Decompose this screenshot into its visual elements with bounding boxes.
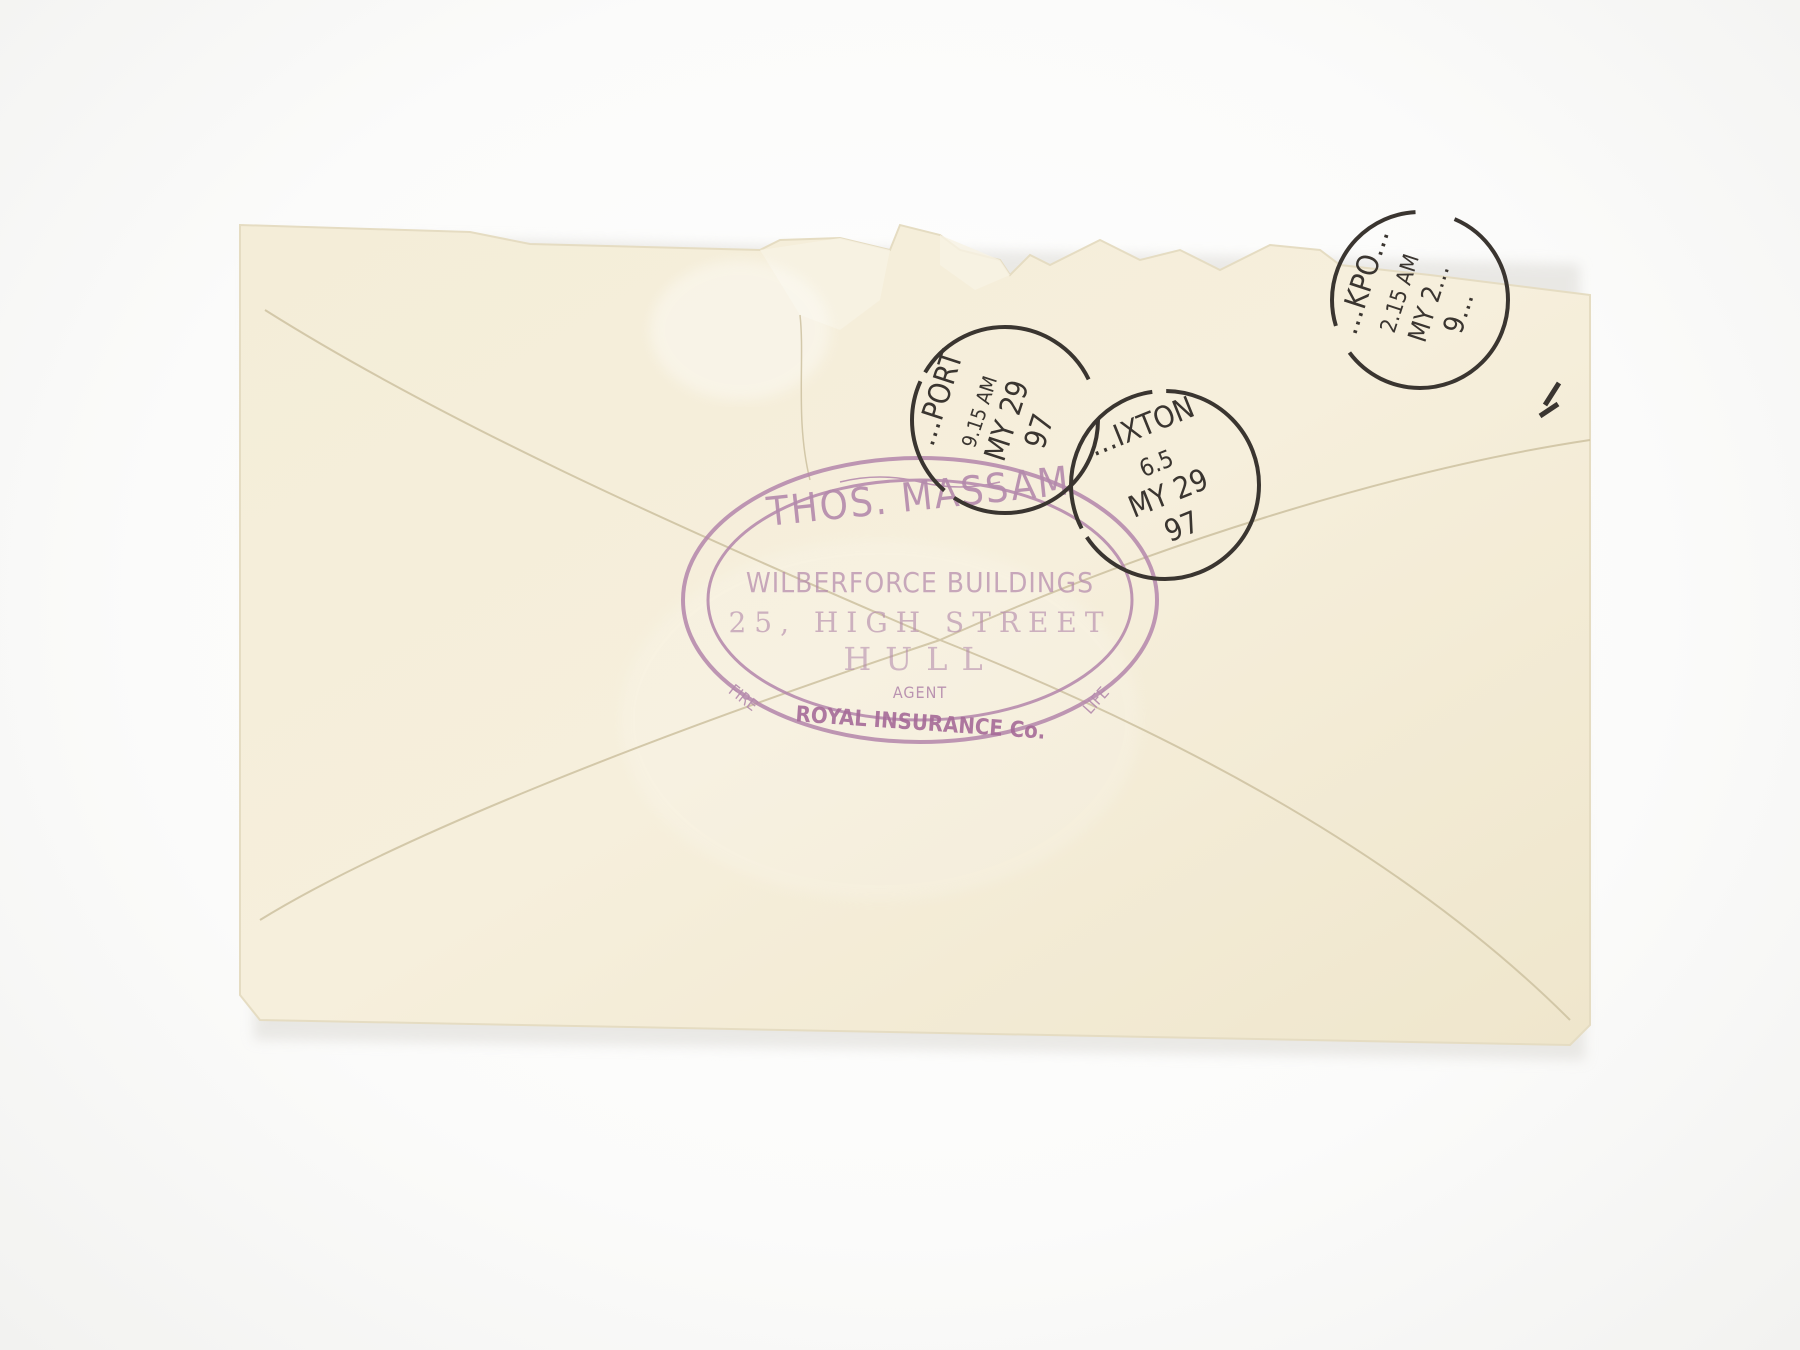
cachet-line2: 25, HIGH STREET	[728, 606, 1111, 639]
cachet-line1: WILBERFORCE BUILDINGS	[746, 566, 1094, 599]
envelope: THOS. MASSAM WILBERFORCE BUILDINGS 25, H…	[240, 220, 1590, 1050]
cachet-line3: HULL	[843, 640, 996, 678]
envelope-drawing: THOS. MASSAM WILBERFORCE BUILDINGS 25, H…	[240, 220, 1590, 1050]
cachet-agent: AGENT	[893, 683, 947, 702]
